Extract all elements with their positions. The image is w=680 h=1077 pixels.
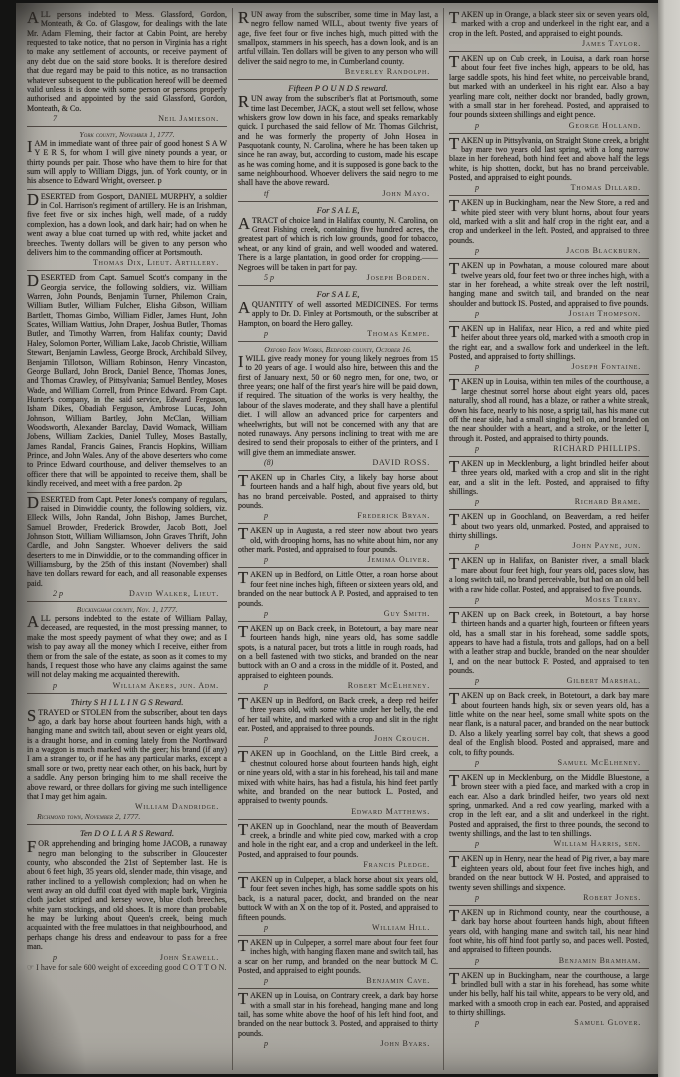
ad-insertion-mark: p bbox=[264, 734, 268, 743]
ad-signature-line: pBenjamin Bramham. bbox=[449, 956, 649, 965]
ad-dropcap: I bbox=[238, 354, 246, 368]
ad-body: ALL persons indebted to the estate of Wi… bbox=[27, 614, 227, 680]
ad-signature-line: pWilliam Harris, sen. bbox=[449, 839, 649, 848]
advertisement: Buckingham county, Nov. 1, 1777.ALL pers… bbox=[27, 602, 227, 694]
ad-dropcap: T bbox=[238, 526, 250, 540]
ad-dropcap: T bbox=[449, 971, 461, 985]
column-3: TAKEN up in Orange, a black steer six or… bbox=[443, 8, 654, 1070]
advertisement: TAKEN up in Halifax, near Hico, a red an… bbox=[449, 322, 649, 375]
ad-signature-line: Francis Pledge. bbox=[238, 860, 438, 869]
ad-insertion-mark: 2 p bbox=[53, 589, 63, 598]
ad-body-text: AKEN up in Charles City, a likely bay ho… bbox=[238, 473, 438, 510]
ad-body: TAKEN up in Halifax, near Hico, a red an… bbox=[449, 324, 649, 361]
ad-signature: Gilbert Marshal. bbox=[567, 676, 649, 685]
advertisement: TAKEN up in Bedford, on Back creek, a de… bbox=[238, 694, 438, 747]
ad-dropcap: T bbox=[449, 854, 461, 868]
ad-body-text: AKEN up in Powhatan, a mouse coloured ma… bbox=[449, 261, 649, 307]
ad-body-text: AKEN up on Back creek, in Botetourt, a d… bbox=[449, 691, 649, 756]
ad-dropcap: T bbox=[449, 459, 461, 473]
ad-body-text: AKEN up in Orange, a black steer six or … bbox=[449, 10, 649, 38]
ad-dropcap: D bbox=[27, 495, 41, 509]
advertisement: DESERTED from Capt. Samuel Scott's compa… bbox=[27, 271, 227, 492]
advertisement: TAKEN up in Goochland, on the Little Bir… bbox=[238, 747, 438, 819]
advertisement: DESERTED from Capt. Peter Jones's compan… bbox=[27, 493, 227, 603]
ad-body-text: WILL give ready money for young likely n… bbox=[238, 354, 438, 457]
ad-insertion-mark: p bbox=[264, 329, 268, 338]
ad-insertion-mark: p bbox=[264, 976, 268, 985]
ad-insertion-mark: 7 bbox=[53, 114, 57, 123]
ad-dropcap: F bbox=[27, 839, 38, 853]
ad-signature: Neil Jamieson. bbox=[158, 114, 227, 123]
ad-signature: Richard Brame. bbox=[575, 497, 649, 506]
advertisement: TAKEN up on Back creek, in Botetourt, a … bbox=[449, 689, 649, 771]
ad-body-text: OR apprehending and bringing home JACOB,… bbox=[27, 839, 227, 951]
ad-signature: DAVID ROSS. bbox=[372, 458, 438, 467]
ad-insertion-mark: p bbox=[475, 541, 479, 550]
ad-signature: Guy Smith. bbox=[384, 609, 438, 618]
ad-dateline: Buckingham county, Nov. 1, 1777. bbox=[27, 605, 227, 614]
ad-signature-line: tfJohn Mayo. bbox=[238, 189, 438, 198]
ad-dropcap: T bbox=[238, 696, 250, 710]
ad-signature-line: pJoseph Fontaine. bbox=[449, 362, 649, 371]
ad-insertion-mark: p bbox=[475, 246, 479, 255]
ad-body: AQUANTITY of well assorted MEDICINES. Fo… bbox=[238, 300, 438, 328]
ad-dropcap: T bbox=[449, 136, 461, 150]
ad-signature-line: pJohn Byars. bbox=[238, 1039, 438, 1048]
ad-insertion-mark: p bbox=[475, 121, 479, 130]
ad-dropcap: T bbox=[238, 624, 250, 638]
ad-insertion-mark: p bbox=[475, 893, 479, 902]
ad-insertion-mark: (8) bbox=[264, 458, 273, 467]
ad-body-text: AKEN up in Augusta, a red steer now abou… bbox=[238, 526, 438, 554]
ad-signature: David Walker, Lieut. bbox=[129, 589, 227, 598]
ad-insertion-mark: p bbox=[475, 309, 479, 318]
ad-body: TAKEN up in Charles City, a likely bay h… bbox=[238, 473, 438, 510]
ad-body-text: AKEN up in Halifax, on Banister river, a… bbox=[449, 556, 649, 593]
ad-signature: Frederick Bryan. bbox=[357, 511, 438, 520]
ad-body-text: AKEN up in Bedford, on Little Otter, a r… bbox=[238, 570, 438, 607]
ad-body: FOR apprehending and bringing home JACOB… bbox=[27, 839, 227, 951]
ad-body: TAKEN up in Louisa, within ten miles of … bbox=[449, 377, 649, 443]
advertisement: TAKEN up on Back creek, in Botetourt, a … bbox=[449, 608, 649, 690]
ad-signature-line: 2 pDavid Walker, Lieut. bbox=[27, 589, 227, 598]
ad-body: STRAYED or STOLEN from the subscriber, a… bbox=[27, 708, 227, 802]
ad-insertion-mark: p bbox=[264, 511, 268, 520]
advertisement: TAKEN up in Louisa, on Contrary creek, a… bbox=[238, 989, 438, 1051]
ad-body-text: AKEN up in Mecklenburg, a light brindled… bbox=[449, 459, 649, 496]
ad-body: DESERTED from Gosport, DANIEL MURPHY, a … bbox=[27, 192, 227, 258]
ad-body: TAKEN up in Culpeper, a black horse abou… bbox=[238, 875, 438, 922]
ad-dropcap: T bbox=[449, 198, 461, 212]
ad-body: TAKEN up in Pittsylvania, on Straight St… bbox=[449, 136, 649, 183]
ad-signature: Jemima Oliver. bbox=[368, 555, 438, 564]
ad-body: TAKEN up on Back creek, in Botetourt, a … bbox=[449, 691, 649, 757]
ad-body: DESERTED from Capt. Peter Jones's compan… bbox=[27, 495, 227, 589]
ad-signature: Robert McElheney. bbox=[348, 681, 438, 690]
ad-dateline: Oxford Iron Works, Bedford county, Octob… bbox=[238, 345, 438, 354]
ad-dropcap: I bbox=[27, 139, 35, 153]
ad-body-text: AKEN up in Goochland, on Beaverdam, a re… bbox=[449, 512, 649, 540]
advertisement: TAKEN up on Cub creek, in Louisa, a dark… bbox=[449, 52, 649, 134]
advertisement: TAKEN up in Pittsylvania, on Straight St… bbox=[449, 134, 649, 197]
ad-dropcap: T bbox=[238, 570, 250, 584]
ad-body: TAKEN up in Mecklenburg, a light brindle… bbox=[449, 459, 649, 496]
ad-signature-line: pThomas Kempe. bbox=[238, 329, 438, 338]
ad-body: TAKEN up in Orange, a black steer six or… bbox=[449, 10, 649, 38]
ad-signature-line: pRichard Brame. bbox=[449, 497, 649, 506]
ad-dropcap: T bbox=[449, 908, 461, 922]
ad-tail-dateline: Richmond town, November 2, 1777. bbox=[27, 812, 227, 821]
ad-insertion-mark: p bbox=[475, 1018, 479, 1027]
ad-insertion-mark: p bbox=[264, 681, 268, 690]
ad-dropcap: A bbox=[27, 614, 41, 628]
ad-signature-line: pSamuel McElheney. bbox=[449, 758, 649, 767]
advertisement: York county, November 1, 1777.IAM in imm… bbox=[27, 127, 227, 190]
ad-dropcap: T bbox=[449, 10, 461, 24]
ad-dropcap: T bbox=[238, 938, 250, 952]
ad-signature: John Payne, jun. bbox=[573, 541, 649, 550]
ad-signature-line: pJohn Payne, jun. bbox=[449, 541, 649, 550]
ad-signature: Jacob Blackburn. bbox=[566, 246, 649, 255]
ad-body: ATRACT of choice land in Halifax county,… bbox=[238, 216, 438, 272]
ad-insertion-mark: p bbox=[53, 681, 57, 690]
ad-body: TAKEN up in Louisa, on Contrary creek, a… bbox=[238, 991, 438, 1038]
ad-signature: Benjamin Cave. bbox=[366, 976, 438, 985]
ad-dropcap: T bbox=[449, 261, 461, 275]
advertisement: TAKEN up in Charles City, a likely bay h… bbox=[238, 471, 438, 524]
newspaper-page-photo: ALL persons indebted to Mess. Glassford,… bbox=[0, 0, 680, 1077]
ad-signature-line: pWilliam Hill. bbox=[238, 923, 438, 932]
ad-dropcap: R bbox=[238, 94, 251, 108]
ad-body: TAKEN up on Back creek, in Botetourt, a … bbox=[238, 624, 438, 680]
ad-body: TAKEN up in Henry, near the head of Pig … bbox=[449, 854, 649, 891]
ad-insertion-mark: p bbox=[475, 362, 479, 371]
ad-body-text: ESERTED from Capt. Peter Jones's company… bbox=[27, 495, 227, 588]
ad-insertion-mark: p bbox=[475, 956, 479, 965]
ad-signature: Francis Pledge. bbox=[363, 860, 438, 869]
ad-heading: Fifteen P O U N D S reward. bbox=[238, 83, 438, 93]
ad-body: TAKEN up in Bedford, on Little Otter, a … bbox=[238, 570, 438, 607]
ad-body: IWILL give ready money for young likely … bbox=[238, 354, 438, 457]
ad-dropcap: D bbox=[27, 192, 41, 206]
ad-body-text: AKEN up in Henry, near the head of Pig r… bbox=[449, 854, 649, 891]
advertisement: For S A L E,AQUANTITY of well assorted M… bbox=[238, 286, 438, 342]
ad-signature: RICHARD PHILLIPS. bbox=[553, 444, 649, 453]
ad-insertion-mark: p bbox=[475, 497, 479, 506]
ad-dropcap: T bbox=[449, 54, 461, 68]
advertisement: Thirty S H I L L I N G S Reward.STRAYED … bbox=[27, 694, 227, 826]
ad-signature: William Akers, jun. Adm. bbox=[113, 681, 227, 690]
ad-body-text: AKEN up in Mecklenburg, on the Middle Bl… bbox=[449, 773, 649, 838]
ad-dropcap: R bbox=[238, 10, 251, 24]
ad-signature: Thomas Dillard. bbox=[571, 183, 649, 192]
ad-signature: Samuel Glover. bbox=[574, 1018, 649, 1027]
ad-body-text: AKEN up on Back creek, in Botetourt, a b… bbox=[449, 610, 649, 675]
advertisement: Oxford Iron Works, Bedford county, Octob… bbox=[238, 342, 438, 471]
ad-body-text: AKEN up in Goochland, on the Little Bird… bbox=[238, 749, 438, 805]
ad-dropcap: T bbox=[238, 749, 250, 763]
ad-body: TAKEN up in Augusta, a red steer now abo… bbox=[238, 526, 438, 554]
ad-insertion-mark: p bbox=[264, 1039, 268, 1048]
ad-dropcap: T bbox=[449, 377, 461, 391]
ad-dropcap: A bbox=[238, 300, 252, 314]
ad-signature-line: pJohn Seawell. bbox=[27, 953, 227, 962]
ad-body: TAKEN up in Buckingham, near the New Sto… bbox=[449, 198, 649, 245]
column-container: ALL persons indebted to Mess. Glassford,… bbox=[16, 3, 658, 1074]
ad-body-text: TRAYED or STOLEN from the subscriber, ab… bbox=[27, 708, 227, 801]
ad-insertion-mark: p bbox=[53, 953, 57, 962]
ad-signature-line: pRICHARD PHILLIPS. bbox=[449, 444, 649, 453]
ad-body-text: AKEN up in Culpeper, a black horse about… bbox=[238, 875, 438, 921]
ad-body: TAKEN up in Halifax, on Banister river, … bbox=[449, 556, 649, 593]
advertisement: TAKEN up in Henry, near the head of Pig … bbox=[449, 852, 649, 905]
ad-heading: For S A L E, bbox=[238, 289, 438, 299]
advertisement: For S A L E,ATRACT of choice land in Hal… bbox=[238, 202, 438, 286]
ad-body-text: ESERTED from Gosport, DANIEL MURPHY, a s… bbox=[27, 192, 227, 257]
ad-signature: Moses Terry. bbox=[585, 595, 649, 604]
ad-body: ALL persons indebted to Mess. Glassford,… bbox=[27, 10, 227, 113]
advertisement: TAKEN up on Back creek, in Botetourt, a … bbox=[238, 622, 438, 694]
ad-signature-line: pRobert Jones. bbox=[449, 893, 649, 902]
advertisement: TAKEN up in Culpeper, a sorrel mare abou… bbox=[238, 936, 438, 989]
ad-body-text: AKEN up in Buckingham, near the New Stor… bbox=[449, 198, 649, 244]
ad-heading: Ten D O L L A R S Reward. bbox=[27, 828, 227, 838]
ad-signature: John Mayo. bbox=[382, 189, 438, 198]
ad-dropcap: T bbox=[449, 556, 461, 570]
advertisement: ALL persons indebted to Mess. Glassford,… bbox=[27, 8, 227, 127]
ad-signature: Samuel McElheney. bbox=[558, 758, 649, 767]
ad-body-text: UN away from the subscriber, some time i… bbox=[238, 10, 438, 66]
ad-insertion-mark: p bbox=[475, 839, 479, 848]
ad-insertion-mark: p bbox=[475, 758, 479, 767]
advertisement: TAKEN up in Mecklenburg, on the Middle B… bbox=[449, 771, 649, 853]
ad-signature-line: 7Neil Jamieson. bbox=[27, 114, 227, 123]
ad-signature-line: Edward Matthews. bbox=[238, 807, 438, 816]
ad-signature-line: pJohn Crouch. bbox=[238, 734, 438, 743]
ad-signature-line: pRobert McElheney. bbox=[238, 681, 438, 690]
newspaper-paper: ALL persons indebted to Mess. Glassford,… bbox=[16, 3, 658, 1074]
advertisement: TAKEN up in Mecklenburg, a light brindle… bbox=[449, 457, 649, 510]
ad-dateline: York county, November 1, 1777. bbox=[27, 130, 227, 139]
ad-dropcap: A bbox=[238, 216, 252, 230]
ad-dropcap: A bbox=[27, 10, 41, 24]
ad-signature-line: pBenjamin Cave. bbox=[238, 976, 438, 985]
ad-dropcap: T bbox=[449, 610, 461, 624]
advertisement: TAKEN up in Richmond county, near the co… bbox=[449, 906, 649, 969]
ad-signature-line: pGuy Smith. bbox=[238, 609, 438, 618]
ad-body-text: AKEN up in Bedford, on Back creek, a dee… bbox=[238, 696, 438, 733]
ad-signature-line: 5 pJoseph Borden. bbox=[238, 273, 438, 282]
advertisement: Fifteen P O U N D S reward.RUN away from… bbox=[238, 80, 438, 202]
ad-body: TAKEN up in Bedford, on Back creek, a de… bbox=[238, 696, 438, 733]
ad-signature-line: pJacob Blackburn. bbox=[449, 246, 649, 255]
ad-insertion-mark: p bbox=[475, 676, 479, 685]
ad-postscript: ☞ I have for sale 600 weight of exceedin… bbox=[27, 963, 227, 972]
ad-signature-line: pMoses Terry. bbox=[449, 595, 649, 604]
advertisement: DESERTED from Gosport, DANIEL MURPHY, a … bbox=[27, 190, 227, 272]
ad-signature: George Holland. bbox=[569, 121, 649, 130]
ad-body-text: AKEN up in Richmond county, near the cou… bbox=[449, 908, 649, 954]
ad-signature: William Hill. bbox=[372, 923, 438, 932]
advertisement: TAKEN up in Powhatan, a mouse coloured m… bbox=[449, 259, 649, 322]
ad-dropcap: T bbox=[449, 512, 461, 526]
ad-signature-line: pSamuel Glover. bbox=[449, 1018, 649, 1027]
advertisement: TAKEN up in Buckingham, near the courtho… bbox=[449, 969, 649, 1031]
advertisement: TAKEN up in Louisa, within ten miles of … bbox=[449, 375, 649, 457]
ad-signature-line: Beverley Randolph. bbox=[238, 67, 438, 76]
ad-body-text: AKEN up in Louisa, within ten miles of t… bbox=[449, 377, 649, 442]
ad-body: TAKEN up in Goochland, near the mouth of… bbox=[238, 822, 438, 859]
ad-insertion-mark: p bbox=[475, 595, 479, 604]
ad-body: RUN away from the subscriber's flat at P… bbox=[238, 94, 438, 188]
ad-signature: James Taylor. bbox=[582, 39, 649, 48]
column-1: ALL persons indebted to Mess. Glassford,… bbox=[22, 8, 232, 1070]
advertisement: TAKEN up in Culpeper, a black horse abou… bbox=[238, 873, 438, 936]
ad-signature-line: James Taylor. bbox=[449, 39, 649, 48]
ad-body-text: AKEN up on Cub creek, in Louisa, a dark … bbox=[449, 54, 649, 119]
ad-body: RUN away from the subscriber, some time … bbox=[238, 10, 438, 66]
ad-signature: Edward Matthews. bbox=[351, 807, 438, 816]
ad-signature: Beverley Randolph. bbox=[345, 67, 438, 76]
ad-signature-line: pGilbert Marshal. bbox=[449, 676, 649, 685]
ad-signature-line: William Dandridge. bbox=[27, 802, 227, 811]
ad-signature-line: pFrederick Bryan. bbox=[238, 511, 438, 520]
ad-heading: For S A L E, bbox=[238, 205, 438, 215]
ad-body: TAKEN up in Mecklenburg, on the Middle B… bbox=[449, 773, 649, 839]
ad-insertion-mark: p bbox=[475, 183, 479, 192]
ad-body: TAKEN up on Back creek, in Botetourt, a … bbox=[449, 610, 649, 676]
ad-body: TAKEN up in Goochland, on Beaverdam, a r… bbox=[449, 512, 649, 540]
ad-body-text: LL persons indebted to the estate of Wil… bbox=[27, 614, 227, 679]
ad-dropcap: T bbox=[238, 991, 250, 1005]
ad-body-text: AKEN up in Goochland, near the mouth of … bbox=[238, 822, 438, 859]
ad-body-text: TRACT of choice land in Halifax county, … bbox=[238, 216, 438, 272]
page-right-margin bbox=[658, 0, 680, 1077]
advertisement: TAKEN up in Halifax, on Banister river, … bbox=[449, 554, 649, 607]
ad-body-text: LL persons indebted to Mess. Glassford, … bbox=[27, 10, 227, 113]
ad-signature-line: pThomas Dillard. bbox=[449, 183, 649, 192]
ad-dropcap: T bbox=[449, 773, 461, 787]
advertisement: TAKEN up in Buckingham, near the New Sto… bbox=[449, 196, 649, 259]
ad-insertion-mark: p bbox=[264, 609, 268, 618]
ad-signature: John Seawell. bbox=[160, 953, 227, 962]
ad-body-text: AM in immediate want of three pair of go… bbox=[27, 139, 227, 185]
ad-signature: Josiah Thompson. bbox=[569, 309, 649, 318]
ad-signature-line: pJosiah Thompson. bbox=[449, 309, 649, 318]
ad-body-text: AKEN up in Halifax, near Hico, a red and… bbox=[449, 324, 649, 361]
ad-body: IAM in immediate want of three pair of g… bbox=[27, 139, 227, 186]
advertisement: TAKEN up in Orange, a black steer six or… bbox=[449, 8, 649, 52]
ad-signature: John Byars. bbox=[380, 1039, 438, 1048]
ad-dropcap: T bbox=[449, 324, 461, 338]
ad-body: DESERTED from Capt. Samuel Scott's compa… bbox=[27, 273, 227, 488]
ad-signature-line: (8)DAVID ROSS. bbox=[238, 458, 438, 467]
ad-signature: William Harris, sen. bbox=[554, 839, 649, 848]
ad-body-text: AKEN up on Back creek, in Botetourt, a b… bbox=[238, 624, 438, 680]
ad-dropcap: T bbox=[449, 691, 461, 705]
ad-signature-line: pJemima Oliver. bbox=[238, 555, 438, 564]
ad-body: TAKEN up on Cub creek, in Louisa, a dark… bbox=[449, 54, 649, 120]
advertisement: TAKEN up in Bedford, on Little Otter, a … bbox=[238, 568, 438, 621]
ad-insertion-mark: p bbox=[475, 444, 479, 453]
ad-signature: John Crouch. bbox=[374, 734, 438, 743]
advertisement: Ten D O L L A R S Reward.FOR apprehendin… bbox=[27, 825, 227, 975]
ad-signature: Benjamin Bramham. bbox=[559, 956, 649, 965]
ad-heading: Thirty S H I L L I N G S Reward. bbox=[27, 697, 227, 707]
ad-signature: Robert Jones. bbox=[583, 893, 649, 902]
ad-body-text: UN away from the subscriber's flat at Po… bbox=[238, 94, 438, 187]
ad-dropcap: T bbox=[238, 473, 250, 487]
ad-insertion-mark: 5 p bbox=[264, 273, 274, 282]
ad-body: TAKEN up in Culpeper, a sorrel mare abou… bbox=[238, 938, 438, 975]
ad-signature: William Dandridge. bbox=[135, 802, 227, 811]
ad-insertion-mark: p bbox=[264, 555, 268, 564]
ad-signature-line: Thomas Dix, Lieut. Artillery. bbox=[27, 258, 227, 267]
ad-body: TAKEN up in Powhatan, a mouse coloured m… bbox=[449, 261, 649, 308]
column-2: RUN away from the subscriber, some time … bbox=[232, 8, 443, 1070]
ad-body-text: AKEN up in Culpeper, a sorrel mare about… bbox=[238, 938, 438, 975]
ad-body-text: AKEN up in Pittsylvania, on Straight Sto… bbox=[449, 136, 649, 182]
ad-dropcap: T bbox=[238, 822, 250, 836]
ad-signature: Thomas Kempe. bbox=[367, 329, 438, 338]
ad-signature-line: pGeorge Holland. bbox=[449, 121, 649, 130]
ad-signature-line: pWilliam Akers, jun. Adm. bbox=[27, 681, 227, 690]
ad-body-text: AKEN up in Buckingham, near the courthou… bbox=[449, 971, 649, 1017]
ad-signature: Thomas Dix, Lieut. Artillery. bbox=[93, 258, 227, 267]
ad-body-text: ESERTED from Capt. Samuel Scott's compan… bbox=[27, 273, 227, 488]
advertisement: RUN away from the subscriber, some time … bbox=[238, 8, 438, 80]
ad-body: TAKEN up in Richmond county, near the co… bbox=[449, 908, 649, 955]
ad-body: TAKEN up in Goochland, on the Little Bir… bbox=[238, 749, 438, 805]
ad-body-text: QUANTITY of well assorted MEDICINES. For… bbox=[238, 300, 438, 328]
ad-dropcap: D bbox=[27, 273, 41, 287]
advertisement: TAKEN up in Goochland, on Beaverdam, a r… bbox=[449, 510, 649, 554]
ad-body-text: AKEN up in Louisa, on Contrary creek, a … bbox=[238, 991, 438, 1037]
ad-body: TAKEN up in Buckingham, near the courtho… bbox=[449, 971, 649, 1018]
ad-signature: Joseph Borden. bbox=[367, 273, 438, 282]
ad-insertion-mark: tf bbox=[264, 189, 268, 198]
advertisement: TAKEN up in Goochland, near the mouth of… bbox=[238, 820, 438, 873]
ad-insertion-mark: p bbox=[264, 923, 268, 932]
ad-dropcap: T bbox=[238, 875, 250, 889]
ad-signature: Joseph Fontaine. bbox=[571, 362, 649, 371]
ad-dropcap: S bbox=[27, 708, 38, 722]
advertisement: TAKEN up in Augusta, a red steer now abo… bbox=[238, 524, 438, 568]
